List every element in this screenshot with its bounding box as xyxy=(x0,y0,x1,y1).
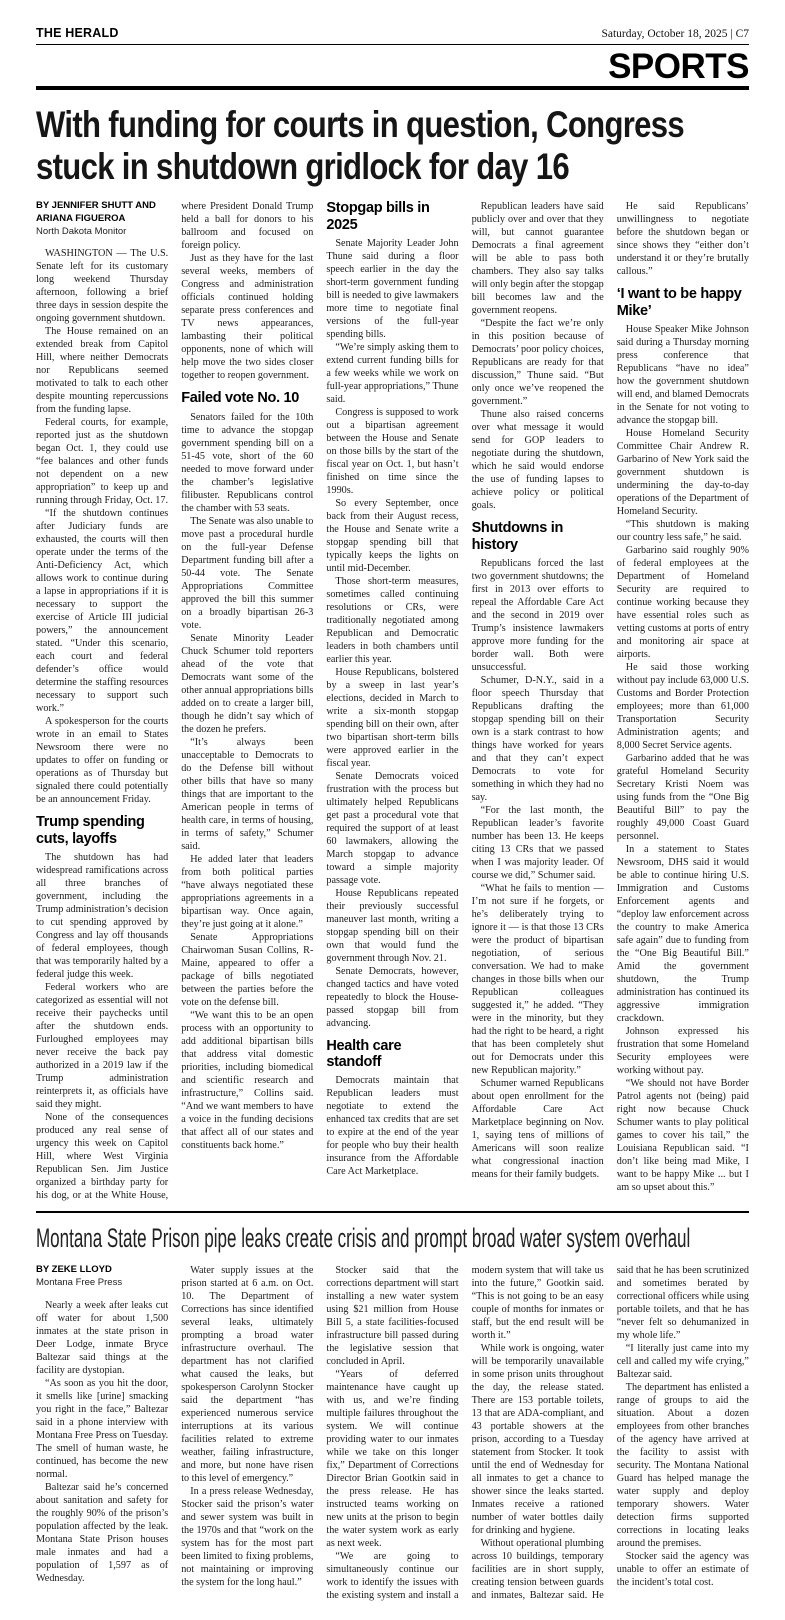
body-paragraph: Just as they have for the last several w… xyxy=(181,252,313,382)
byline-authors: BY ZEKE LLOYD xyxy=(36,1264,168,1276)
article-divider xyxy=(36,1211,749,1213)
body-paragraph: He added later that leaders from both po… xyxy=(181,853,313,931)
article-headline: With funding for courts in question, Con… xyxy=(36,104,748,188)
body-paragraph: Water supply issues at the prison starte… xyxy=(181,1264,313,1485)
article2-body: BY ZEKE LLOYD Montana Free Press Nearly … xyxy=(36,1264,749,1609)
body-paragraph: “For the last month, the Republican lead… xyxy=(472,804,604,882)
body-paragraph: “We’re simply asking them to extend curr… xyxy=(326,341,458,406)
masthead: THE HERALD Saturday, October 18, 2025 | … xyxy=(36,26,749,45)
body-paragraph: Federal workers who are categorized as e… xyxy=(36,981,168,1111)
body-paragraph: A spokesperson for the courts wrote in a… xyxy=(36,715,168,806)
body-paragraph: House Republicans repeated their previou… xyxy=(326,887,458,965)
section-banner: SPORTS xyxy=(36,45,749,90)
body-paragraph: Federal courts, for example, reported ju… xyxy=(36,416,168,507)
body-paragraph: Senate Appropriations Chairwoman Susan C… xyxy=(181,931,313,1009)
body-paragraph: “We want this to be an open process with… xyxy=(181,1009,313,1152)
body-paragraph: “We should not have Border Patrol agents… xyxy=(617,1077,749,1194)
byline: BY ZEKE LLOYD Montana Free Press xyxy=(36,1264,168,1290)
body-paragraph: Baltezar said he’s concerned about sanit… xyxy=(36,1481,168,1585)
body-paragraph: “Years of deferred maintenance have caug… xyxy=(326,1368,458,1550)
newspaper-page: THE HERALD Saturday, October 18, 2025 | … xyxy=(0,0,785,1620)
body-paragraph: Congress is supposed to work out a bipar… xyxy=(326,406,458,497)
body-paragraph: Republican leaders have said publicly ov… xyxy=(472,200,604,317)
section-subhead: Stopgap bills in 2025 xyxy=(326,200,458,232)
body-paragraph: “This shutdown is making our country les… xyxy=(617,518,749,544)
body-paragraph: Senate Democrats voiced frustration with… xyxy=(326,770,458,887)
section-subhead: Shutdowns in history xyxy=(472,520,604,552)
byline-source: Montana Free Press xyxy=(36,1277,168,1289)
body-paragraph: House Republicans, bolstered by a sweep … xyxy=(326,666,458,770)
article-congress-shutdown: With funding for courts in question, Con… xyxy=(36,104,749,1202)
paper-name: THE HERALD xyxy=(36,26,119,40)
body-paragraph: House Homeland Security Committee Chair … xyxy=(617,427,749,518)
body-paragraph: Thune also raised concerns over what mes… xyxy=(472,408,604,512)
body-paragraph: Johnson expressed his frustration that s… xyxy=(617,1025,749,1077)
body-paragraph: He said those working without pay includ… xyxy=(617,661,749,752)
body-paragraph: While work is ongoing, water will be tem… xyxy=(472,1342,604,1537)
body-paragraph: “What he fails to mention — I’m not sure… xyxy=(472,882,604,1077)
body-paragraph: The Senate was also unable to move past … xyxy=(181,515,313,632)
body-paragraph: The House remained on an extended break … xyxy=(36,325,168,416)
body-paragraph: Republicans forced the last two governme… xyxy=(472,557,604,674)
body-paragraph: The department has enlisted a range of g… xyxy=(617,1381,749,1550)
body-paragraph: “As soon as you hit the door, it smells … xyxy=(36,1377,168,1481)
body-paragraph: Those short-term measures, sometimes cal… xyxy=(326,575,458,666)
body-paragraph: Stocker said that the corrections depart… xyxy=(326,1264,458,1368)
body-paragraph: Schumer, D-N.Y., said in a floor speech … xyxy=(472,674,604,804)
body-paragraph: “Despite the fact we’re only in this pos… xyxy=(472,317,604,408)
body-paragraph: Schumer warned Republicans about open en… xyxy=(472,1077,604,1181)
byline-source: North Dakota Monitor xyxy=(36,226,168,238)
body-paragraph: Senate Majority Leader John Thune said d… xyxy=(326,237,458,341)
section-subhead: Failed vote No. 10 xyxy=(181,390,313,406)
body-paragraph: Senate Democrats, however, changed tacti… xyxy=(326,965,458,1030)
body-paragraph: Democrats maintain that Republican leade… xyxy=(326,1074,458,1178)
body-paragraph: In a statement to States Newsroom, DHS s… xyxy=(617,843,749,1025)
byline: BY JENNIFER SHUTT AND ARIANA FIGUEROA No… xyxy=(36,200,168,238)
body-paragraph: “If the shutdown continues after Judicia… xyxy=(36,507,168,715)
body-paragraph: Senators failed for the 10th time to adv… xyxy=(181,411,313,515)
article-prison-water: Montana State Prison pipe leaks create c… xyxy=(36,1224,749,1609)
section-subhead: ‘I want to be happy Mike’ xyxy=(617,286,749,318)
body-paragraph: In a press release Wednesday, Stocker sa… xyxy=(181,1485,313,1589)
body-paragraph: Stocker said the agency was unable to of… xyxy=(617,1550,749,1589)
byline-authors: BY JENNIFER SHUTT AND ARIANA FIGUEROA xyxy=(36,200,168,225)
body-paragraph: The shutdown has had widespread ramifica… xyxy=(36,851,168,981)
body-paragraph: Garbarino said roughly 90% of federal em… xyxy=(617,544,749,661)
body-paragraph: He said Republicans’ unwillingness to ne… xyxy=(617,200,749,278)
body-paragraph: Senate Minority Leader Chuck Schumer tol… xyxy=(181,632,313,736)
date-line: Saturday, October 18, 2025 | C7 xyxy=(601,28,749,40)
section-subhead: Trump spending cuts, layoffs xyxy=(36,814,168,846)
article-body: BY JENNIFER SHUTT AND ARIANA FIGUEROA No… xyxy=(36,200,749,1202)
section-title: SPORTS xyxy=(608,47,749,86)
body-paragraph: House Speaker Mike Johnson said during a… xyxy=(617,323,749,427)
article2-headline: Montana State Prison pipe leaks create c… xyxy=(36,1224,485,1254)
body-paragraph: Nearly a week after leaks cut off water … xyxy=(36,1299,168,1377)
body-paragraph: WASHINGTON — The U.S. Senate left for it… xyxy=(36,247,168,325)
section-subhead: Health care standoff xyxy=(326,1038,458,1070)
body-paragraph: “It’s always been unacceptable to Democr… xyxy=(181,736,313,853)
body-paragraph: “I literally just came into my cell and … xyxy=(617,1342,749,1381)
body-paragraph: Garbarino added that he was grateful Hom… xyxy=(617,752,749,843)
body-paragraph: So every September, once back from their… xyxy=(326,497,458,575)
